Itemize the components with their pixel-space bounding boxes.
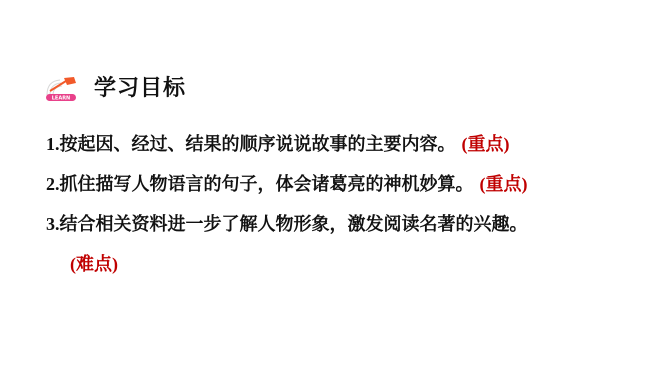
objective-text: 抓住描写人物语言的句子，体会诸葛亮的神机妙算。 [60, 174, 474, 195]
learn-dart-icon: LEARN [44, 75, 78, 103]
objective-text: 按起因、经过、结果的顺序说说故事的主要内容。 [60, 134, 456, 155]
objective-number: 3. [46, 214, 60, 234]
objective-item-2: 2.抓住描写人物语言的句子，体会诸葛亮的神机妙算。(重点) [46, 164, 646, 204]
slide-header: LEARN 学习目标 [44, 74, 186, 104]
objective-number: 1. [46, 134, 60, 154]
difficult-point-tag: (难点) [70, 254, 118, 275]
objective-item-3: 3.结合相关资料进一步了解人物形象，激发阅读名著的兴趣。 [46, 204, 646, 244]
slide: LEARN 学习目标 1.按起因、经过、结果的顺序说说故事的主要内容。(重点) … [0, 0, 668, 376]
page-title: 学习目标 [94, 74, 186, 104]
svg-text:LEARN: LEARN [52, 96, 71, 102]
objective-number: 2. [46, 174, 60, 194]
key-point-tag: (重点) [480, 174, 528, 195]
objectives-list: 1.按起因、经过、结果的顺序说说故事的主要内容。(重点) 2.抓住描写人物语言的… [46, 124, 646, 284]
objective-text: 结合相关资料进一步了解人物形象，激发阅读名著的兴趣。 [60, 214, 528, 235]
objective-item-1: 1.按起因、经过、结果的顺序说说故事的主要内容。(重点) [46, 124, 646, 164]
key-point-tag: (重点) [462, 134, 510, 155]
objective-item-3-continued: (难点) [46, 244, 646, 284]
